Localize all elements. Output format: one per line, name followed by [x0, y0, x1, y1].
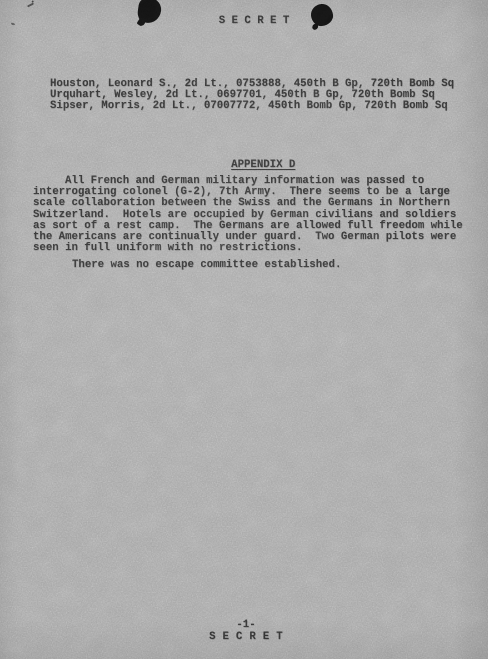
body-paragraph-intelligence: All French and German military informati… — [33, 176, 479, 254]
classification-footer: S E C R E T — [2, 632, 488, 643]
typewritten-text-layer: S E C R E T Houston, Leonard S., 2d Lt.,… — [0, 0, 488, 659]
appendix-heading-text: APPENDIX D — [231, 159, 295, 171]
classification-header: S E C R E T — [10, 16, 488, 27]
body-paragraph-escape-committee: There was no escape committee establishe… — [33, 260, 479, 271]
crew-roster-list: Houston, Leonard S., 2d Lt., 0753888, 45… — [50, 79, 454, 113]
scanned-document-page: S E C R E T Houston, Leonard S., 2d Lt.,… — [0, 0, 488, 659]
page-number: -1- — [2, 620, 488, 631]
